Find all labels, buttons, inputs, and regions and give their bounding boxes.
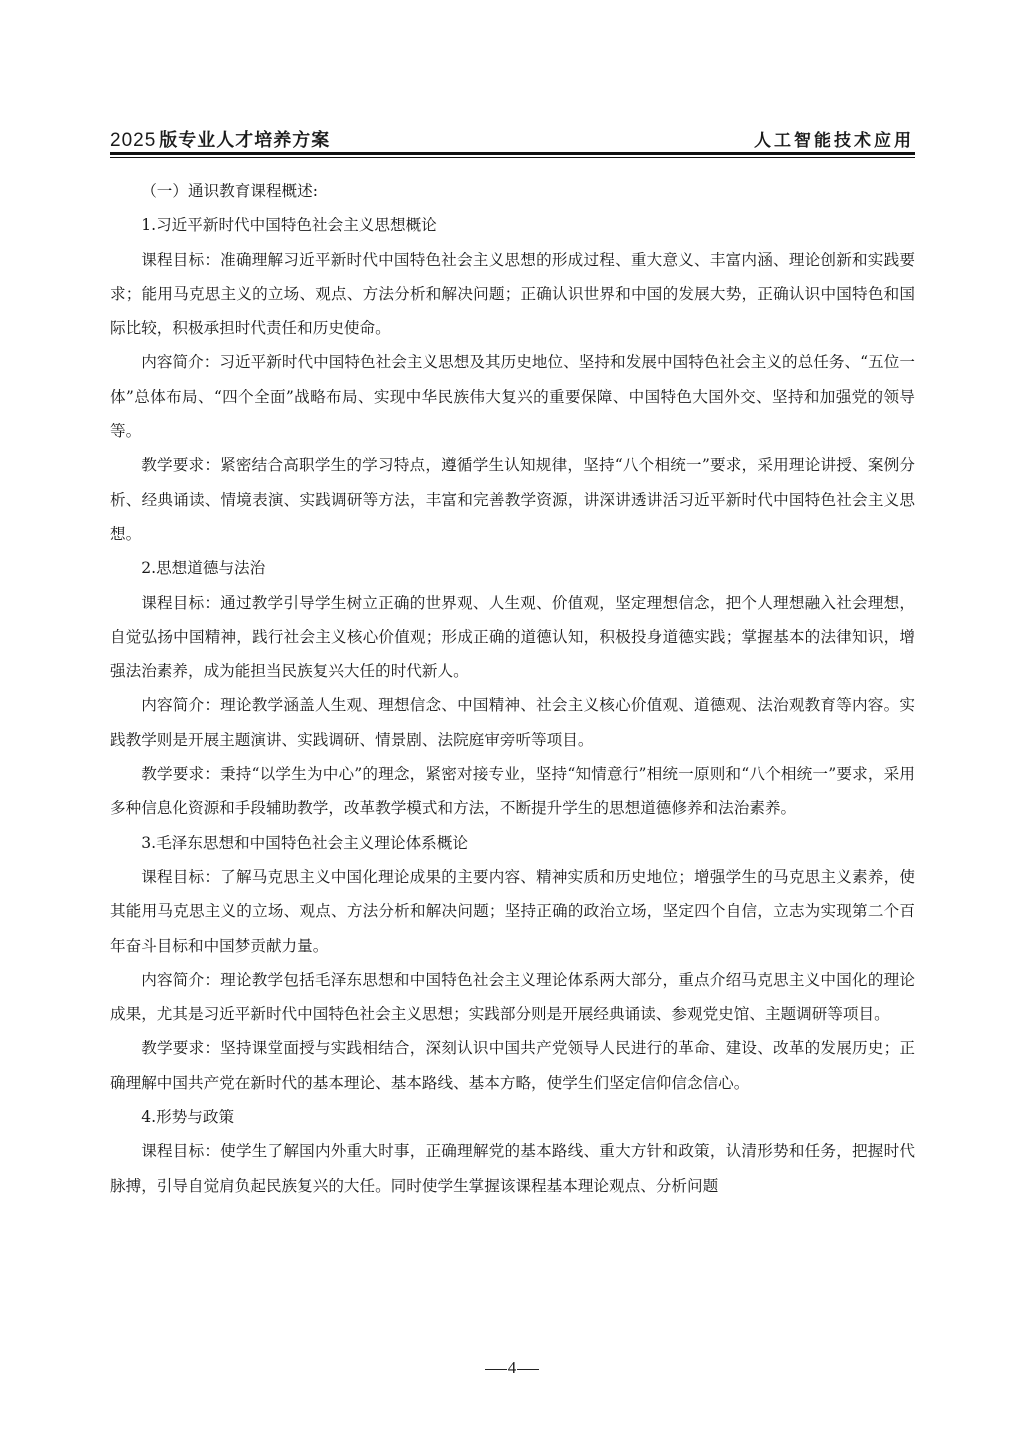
header-major-name: 人工智能技术应用 (754, 126, 914, 151)
course-title: 2.思想道德与法治 (110, 551, 915, 585)
header-plan-title: 版专业人才培养方案 (159, 130, 330, 151)
course-goal: 课程目标：了解马克思主义中国化理论成果的主要内容、精神实质和历史地位；增强学生的… (110, 860, 915, 963)
document-body: （一）通识教育课程概述: 1.习近平新时代中国特色社会主义思想概论 课程目标：准… (110, 174, 915, 1203)
header-rule-thick (110, 152, 915, 155)
course-goal: 课程目标：通过教学引导学生树立正确的世界观、人生观、价值观，坚定理想信念，把个人… (110, 586, 915, 689)
course-intro: 内容简介：理论教学包括毛泽东思想和中国特色社会主义理论体系两大部分，重点介绍马克… (110, 963, 915, 1032)
header-document-title: 2025版专业人才培养方案 (110, 126, 330, 152)
course-goal: 课程目标：使学生了解国内外重大时事，正确理解党的基本路线、重大方针和政策，认清形… (110, 1134, 915, 1203)
header-rule-thin (110, 157, 915, 158)
course-goal: 课程目标：准确理解习近平新时代中国特色社会主义思想的形成过程、重大意义、丰富内涵… (110, 243, 915, 346)
course-requirement: 教学要求：紧密结合高职学生的学习特点，遵循学生认知规律，坚持“八个相统一”要求，… (110, 448, 915, 551)
header-year: 2025 (110, 130, 156, 151)
course-title: 1.习近平新时代中国特色社会主义思想概论 (110, 208, 915, 242)
course-title: 3.毛泽东思想和中国特色社会主义理论体系概论 (110, 826, 915, 860)
course-intro: 内容简介：理论教学涵盖人生观、理想信念、中国精神、社会主义核心价值观、道德观、法… (110, 688, 915, 757)
course-intro: 内容简介：习近平新时代中国特色社会主义思想及其历史地位、坚持和发展中国特色社会主… (110, 345, 915, 448)
course-requirement: 教学要求：秉持“以学生为中心”的理念，紧密对接专业，坚持“知情意行”相统一原则和… (110, 757, 915, 826)
course-requirement: 教学要求：坚持课堂面授与实践相结合，深刻认识中国共产党领导人民进行的革命、建设、… (110, 1031, 915, 1100)
page-header: 2025版专业人才培养方案 人工智能技术应用 (110, 126, 914, 152)
page-footer: 4 (0, 1358, 1024, 1378)
footer-dash-left (485, 1369, 507, 1370)
section-title: （一）通识教育课程概述: (110, 174, 915, 208)
footer-dash-right (517, 1369, 539, 1370)
course-title: 4.形势与政策 (110, 1100, 915, 1134)
page-number: 4 (508, 1358, 517, 1377)
